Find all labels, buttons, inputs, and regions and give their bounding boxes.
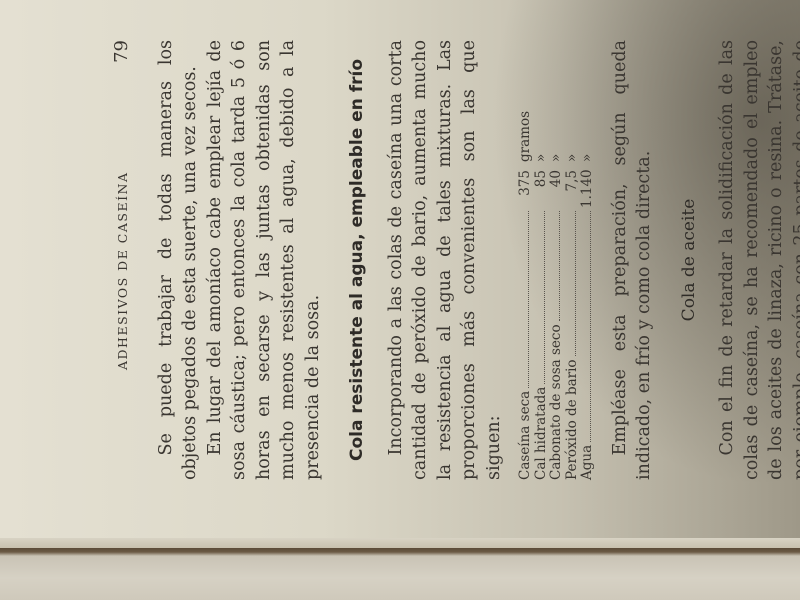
page-content: Adhesivos de caseína 79 Se puede trabaja… [110, 40, 800, 480]
recipe-row: Cabonato de sosa seco 40 » [549, 40, 565, 480]
ingredient-name: Agua [580, 445, 596, 480]
section-heading-oil-glue: Cola de aceite [677, 40, 702, 480]
ingredient-name: Caseína seca [518, 391, 534, 480]
book-page: Adhesivos de caseína 79 Se puede trabaja… [50, 0, 750, 520]
ingredient-qty: 7,5 [565, 170, 581, 208]
table-surface [0, 548, 800, 600]
section-heading-water-resistant: Cola resistente al agua, empleable en fr… [345, 40, 370, 480]
recipe-row: Cal hidratada 85 » [534, 40, 550, 480]
recipe-list: Caseína seca 375 gramos Cal hidratada 85… [518, 40, 596, 480]
ingredient-qty: 40 [549, 170, 565, 208]
recipe-row: Caseína seca 375 gramos [518, 40, 534, 480]
ingredient-unit: » [549, 154, 565, 162]
paragraph-water-resistant: Incorporando a las colas de caseína una … [384, 40, 507, 480]
leader-dots [528, 211, 529, 388]
running-head: Adhesivos de caseína 79 [110, 40, 136, 480]
leader-dots [559, 211, 560, 321]
running-title: Adhesivos de caseína [111, 172, 136, 370]
recipe-row: Agua 1.140 » [580, 40, 596, 480]
paragraph-usage: Empléase esta preparación, según queda i… [608, 40, 657, 480]
ingredient-unit: » [565, 154, 581, 162]
leader-dots [575, 211, 576, 356]
ingredient-qty: 85 [534, 170, 550, 208]
leader-dots [590, 211, 591, 442]
leader-dots [544, 211, 545, 384]
ingredient-unit: » [534, 154, 550, 162]
recipe-row: Peróxido de bario 7,5 » [565, 40, 581, 480]
paragraph-intro-1: Se puede trabajar de todas maneras los o… [154, 40, 203, 480]
ingredient-unit: » [580, 154, 596, 162]
ingredient-qty: 375 [518, 170, 534, 208]
ingredient-qty: 1.140 [580, 170, 596, 208]
page-edge [0, 538, 800, 548]
ingredient-unit: gramos [518, 111, 534, 162]
ingredient-name: Cabonato de sosa seco [549, 324, 565, 480]
paragraph-oil-glue: Con el fin de retardar la solidificación… [715, 40, 800, 480]
paragraph-intro-2: En lugar del amoníaco cabe emplear lejía… [203, 40, 326, 480]
ingredient-name: Peróxido de bario [565, 359, 581, 480]
ingredient-name: Cal hidratada [534, 387, 550, 480]
page-number: 79 [110, 40, 135, 63]
